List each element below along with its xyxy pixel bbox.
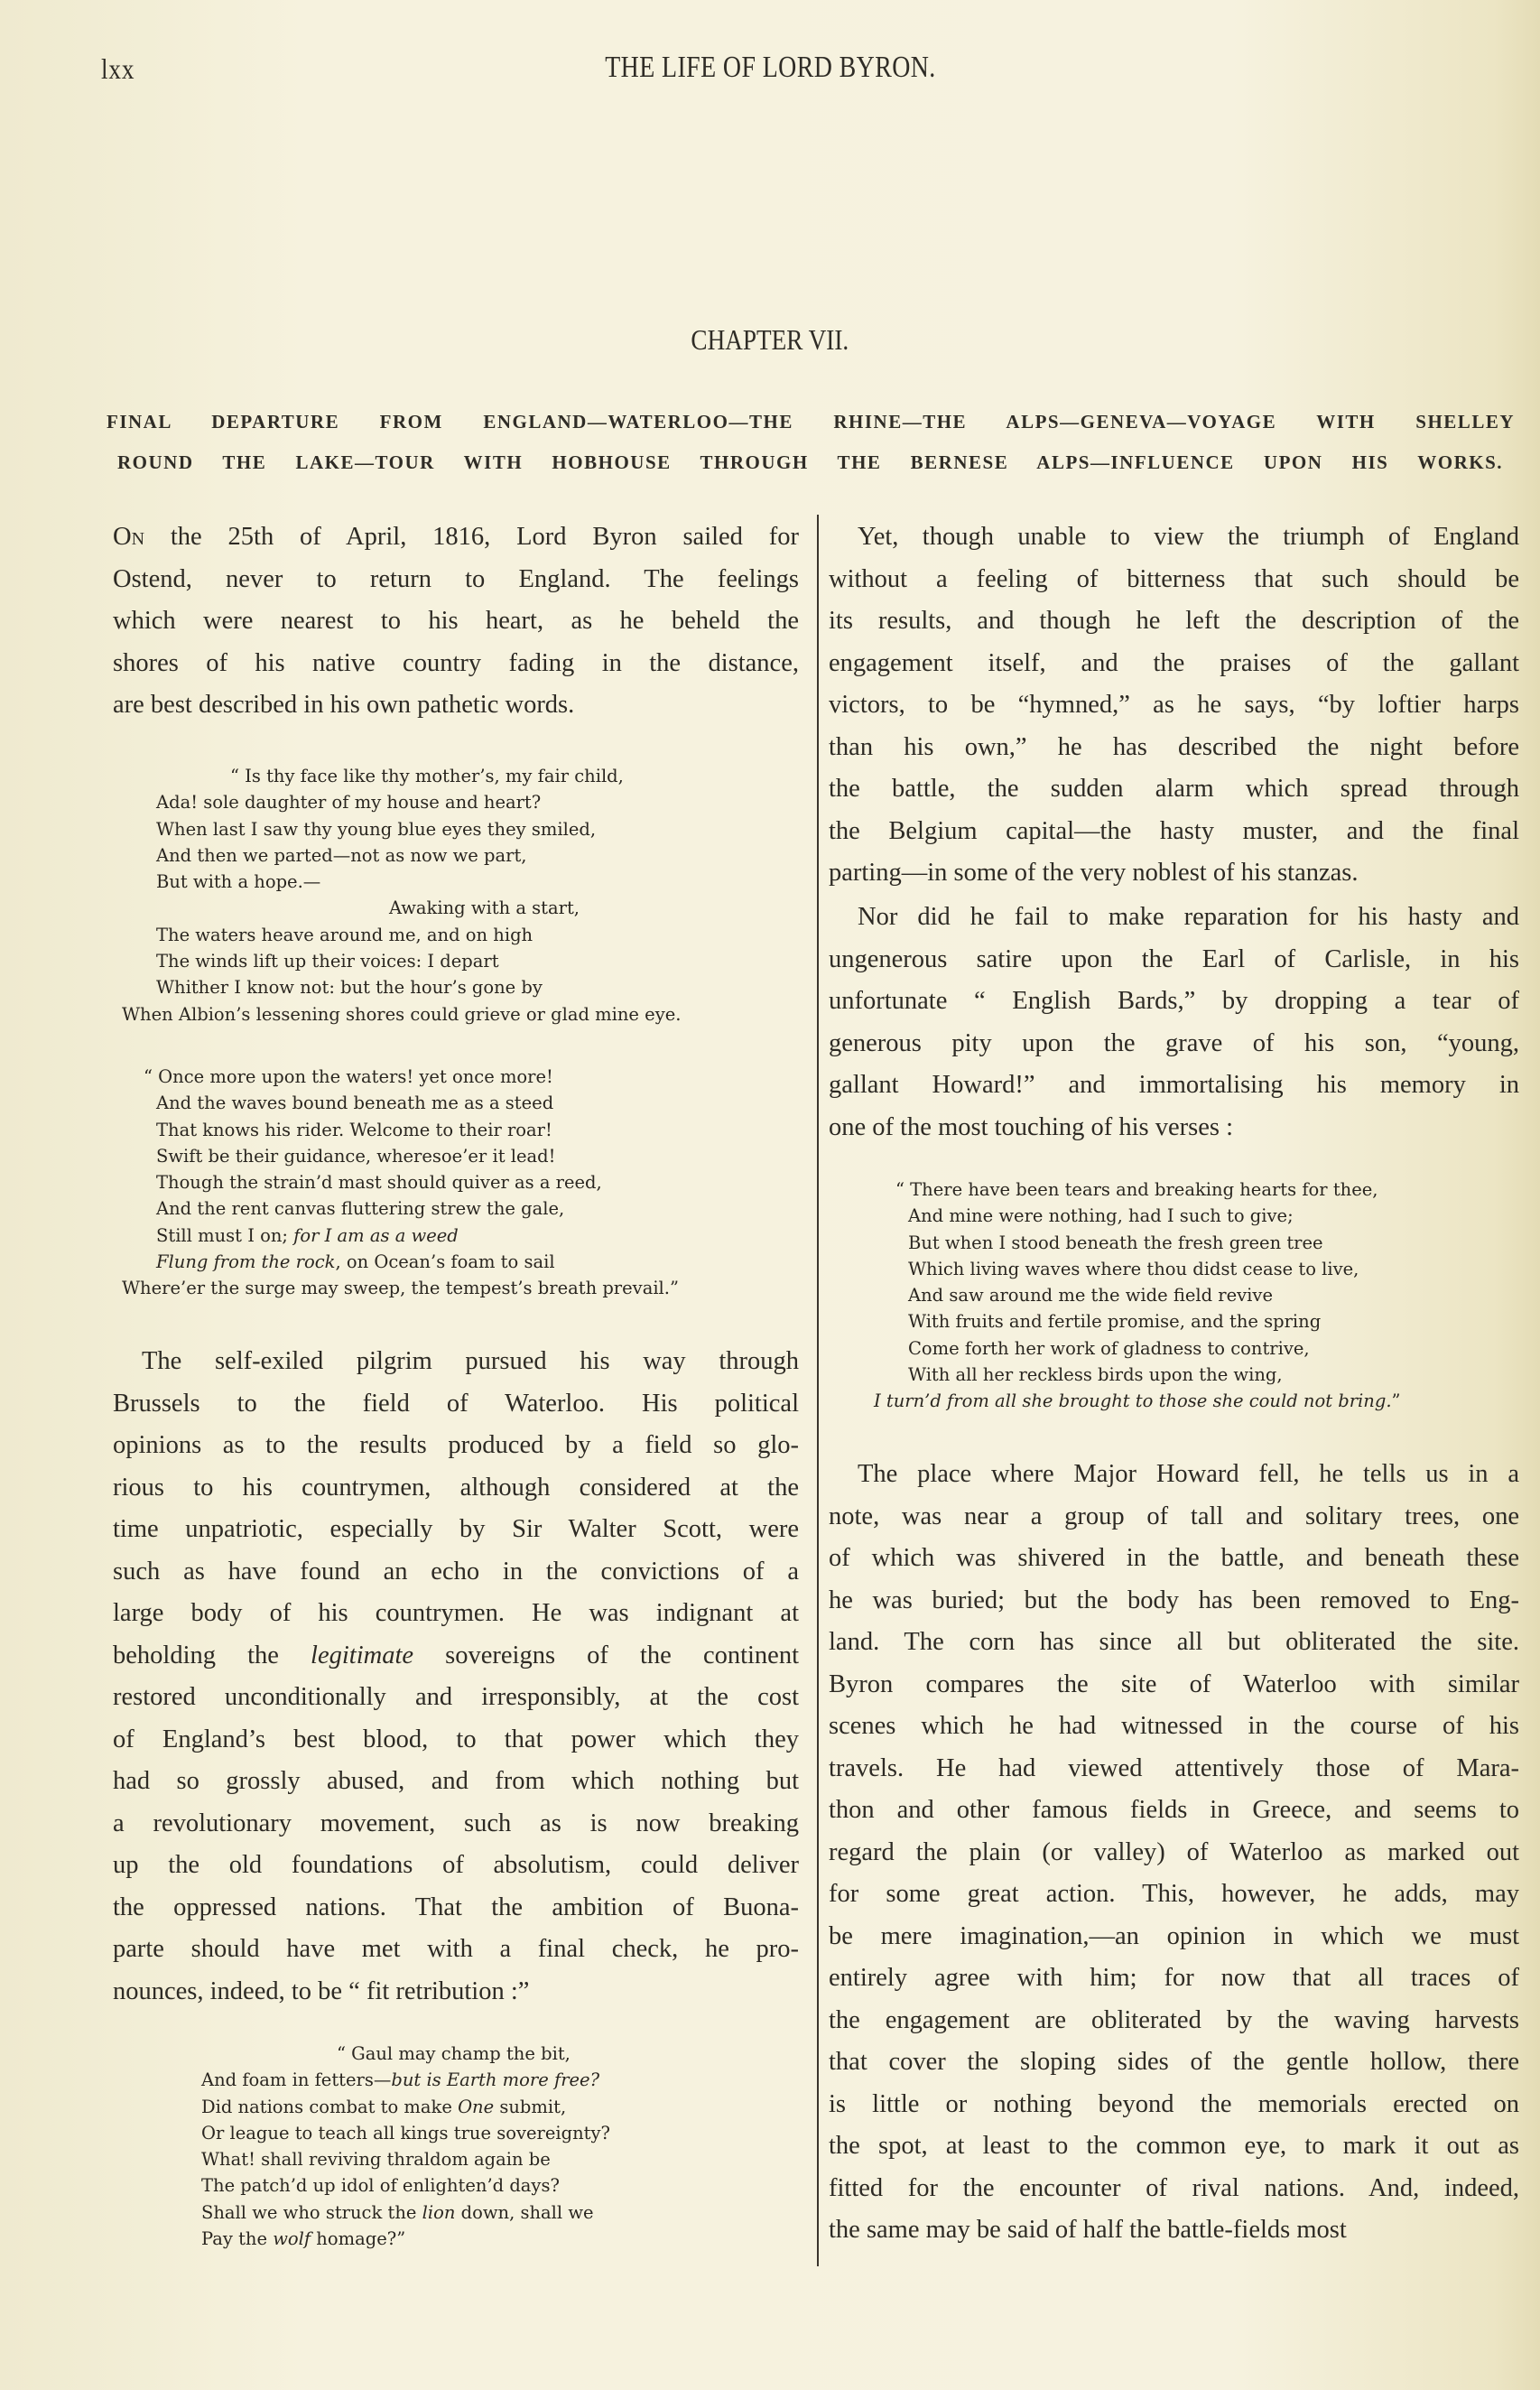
prose-line: generous pity upon the grave of his son,… <box>829 1023 1519 1065</box>
prose-text: had so grossly abused, and from which no… <box>113 1767 799 1795</box>
prose-line: The self-exiled pilgrim pursued his way … <box>113 1341 799 1383</box>
running-title-text: THE LIFE OF LORD BYRON. <box>605 51 935 85</box>
prose-line: its results, and though he left the desc… <box>829 600 1519 643</box>
prose-text: parte should have met with a final check… <box>113 1935 799 1963</box>
verse-text: Where’er the surge may sweep, the tempes… <box>122 1278 679 1298</box>
prose-line: Brussels to the field of Waterloo. His p… <box>113 1383 799 1426</box>
verse-text: Still must I on; <box>156 1225 293 1246</box>
left-column: On the 25th of April, 1816, Lord Byron s… <box>113 516 799 727</box>
verse-text: Shall we who struck the <box>201 2202 422 2223</box>
verse-text: With fruits and fertile promise, and the… <box>908 1311 1321 1332</box>
prose-text: its results, and though he left the desc… <box>829 607 1519 635</box>
prose-line: one of the most touching of his verses : <box>829 1107 1519 1149</box>
prose-line: Nor did he fail to make reparation for h… <box>829 897 1519 939</box>
verse-text: “ Once more upon the waters! yet once mo… <box>144 1066 553 1087</box>
prose-line: of which was shivered in the battle, and… <box>829 1538 1519 1580</box>
prose-line: ungenerous satire upon the Earl of Carli… <box>829 939 1519 981</box>
verse-text: And saw around me the wide field revive <box>908 1285 1273 1306</box>
verse-text: “ Gaul may champ the bit, <box>337 2043 571 2064</box>
prose-line: the same may be said of half the battle-… <box>829 2209 1519 2252</box>
prose-line: such as have found an echo in the convic… <box>113 1551 799 1594</box>
prose-text: land. The corn has since all but obliter… <box>829 1628 1519 1656</box>
prose-line: Ostend, never to return to England. The … <box>113 559 799 601</box>
verse-text: And then we parted—not as now we part, <box>156 845 526 866</box>
prose-line: opinions as to the results produced by a… <box>113 1425 799 1467</box>
prose-text: generous pity upon the grave of his son,… <box>829 1029 1519 1057</box>
prose-text: gallant Howard!” and immortalising his m… <box>829 1071 1519 1099</box>
prose-line: travels. He had viewed attentively those… <box>829 1748 1519 1790</box>
verse-text: But with a hope.— <box>156 871 320 892</box>
prose-line: than his own,” he has described the nigh… <box>829 727 1519 769</box>
prose-text: parting—in some of the very noblest of h… <box>829 859 1359 887</box>
prose-text: than his own,” he has described the nigh… <box>829 733 1519 761</box>
prose-text: engagement itself, and the praises of th… <box>829 649 1519 677</box>
verse-line: And the waves bound beneath me as a stee… <box>113 1090 799 1116</box>
verse-line: The patch’d up idol of enlighten’d days? <box>113 2172 799 2199</box>
prose-line: entirely agree with him; for now that al… <box>829 1958 1519 2000</box>
prose-line: which were nearest to his heart, as he b… <box>113 600 799 643</box>
prose-line: land. The corn has since all but obliter… <box>829 1622 1519 1664</box>
prose-line: rious to his countrymen, although consid… <box>113 1467 799 1510</box>
prose-line: gallant Howard!” and immortalising his m… <box>829 1065 1519 1107</box>
verse-line: And then we parted—not as now we part, <box>113 842 799 869</box>
prose-text: time unpatriotic, especially by Sir Walt… <box>113 1515 799 1543</box>
prose-text: one of the most touching of his verses : <box>829 1113 1233 1141</box>
verse-line: Flung from the rock, on Ocean’s foam to … <box>113 1249 799 1275</box>
prose-line: beholding the legitimate sovereigns of t… <box>113 1635 799 1678</box>
verse-line: And mine were nothing, had I such to giv… <box>829 1203 1519 1229</box>
verse-gaul: “ Gaul may champ the bit,And foam in fet… <box>113 2041 799 2252</box>
prose-line: parting—in some of the very noblest of h… <box>829 852 1519 895</box>
prose-line: nounces, indeed, to be “ fit retribution… <box>113 1971 799 2013</box>
prose-line: shores of his native country fading in t… <box>113 643 799 685</box>
verse-line: “ There have been tears and breaking hea… <box>829 1176 1519 1203</box>
verse-line: Shall we who struck the lion down, shall… <box>113 2199 799 2226</box>
prose-text: is little or nothing beyond the memorial… <box>829 2090 1519 2118</box>
verse-text: homage?” <box>311 2228 405 2249</box>
prose-text: nounces, indeed, to be “ fit retribution… <box>113 1977 529 2005</box>
verse-howard: “ There have been tears and breaking hea… <box>829 1176 1519 1415</box>
prose-text: The place where Major Howard fell, he te… <box>858 1460 1519 1488</box>
verse-text: And mine were nothing, had I such to giv… <box>908 1205 1294 1226</box>
chapter-argument-line-2: ROUND THE LAKE—TOUR WITH HOBHOUSE THROUG… <box>117 451 1503 474</box>
prose-line: had so grossly abused, and from which no… <box>113 1761 799 1803</box>
verse-once-more: “ Once more upon the waters! yet once mo… <box>113 1064 799 1302</box>
prose-line: note, was near a group of tall and solit… <box>829 1496 1519 1539</box>
verse-line: Whither I know not: but the hour’s gone … <box>113 974 799 1000</box>
verse-line: “ Once more upon the waters! yet once mo… <box>113 1064 799 1090</box>
verse-line: But when I stood beneath the fresh green… <box>829 1230 1519 1256</box>
verse-text: , on Ocean’s foam to sail <box>335 1251 554 1272</box>
prose-line: the Belgium capital—the hasty muster, an… <box>829 811 1519 853</box>
verse-text: “ There have been tears and breaking hea… <box>895 1179 1378 1200</box>
verse-text: And the waves bound beneath me as a stee… <box>156 1093 553 1113</box>
verse-text: With all her reckless birds upon the win… <box>908 1364 1283 1385</box>
verse-text: Come forth her work of gladness to contr… <box>908 1338 1310 1359</box>
verse-line: I turn’d from all she brought to those s… <box>829 1388 1519 1414</box>
prose-line: regard the plain (or valley) of Waterloo… <box>829 1832 1519 1874</box>
italic-text: lion <box>422 2202 456 2223</box>
verse-ada: “ Is thy face like thy mother’s, my fair… <box>113 763 799 1028</box>
prose-line: scenes which he had witnessed in the cou… <box>829 1706 1519 1748</box>
prose-text: for some great action. This, however, he… <box>829 1880 1519 1908</box>
prose-text: restored unconditionally and irresponsib… <box>113 1683 799 1711</box>
verse-line: And the rent canvas fluttering strew the… <box>113 1195 799 1222</box>
prose-text: the oppressed nations. That the ambition… <box>113 1893 799 1921</box>
prose-text: entirely agree with him; for now that al… <box>829 1964 1519 1992</box>
paragraph-howard-grave: The place where Major Howard fell, he te… <box>829 1454 1519 2252</box>
prose-text: fitted for the encounter of rival nation… <box>829 2174 1519 2202</box>
verse-line: That knows his rider. Welcome to their r… <box>113 1117 799 1143</box>
prose-line: up the old foundations of absolutism, co… <box>113 1845 799 1887</box>
verse-text: That knows his rider. Welcome to their r… <box>156 1120 552 1140</box>
prose-text: Brussels to the field of Waterloo. His p… <box>113 1390 799 1418</box>
verse-text: Awaking with a start, <box>389 897 580 918</box>
prose-text: that cover the sloping sides of the gent… <box>829 2048 1519 2076</box>
prose-text: the Belgium capital—the hasty muster, an… <box>829 817 1519 845</box>
prose-line: are best described in his own pathetic w… <box>113 684 799 727</box>
prose-text: be mere imagination,—an opinion in which… <box>829 1922 1519 1950</box>
paragraph-reparation: Nor did he fail to make reparation for h… <box>829 897 1519 1149</box>
verse-text: What! shall reviving thraldom again be <box>201 2149 551 2170</box>
italic-text: but is Earth more free? <box>391 2069 599 2090</box>
prose-text: Byron compares the site of Waterloo with… <box>829 1670 1519 1698</box>
verse-line: Did nations combat to make One submit, <box>113 2094 799 2120</box>
prose-text: Yet, though unable to view the triumph o… <box>858 523 1519 551</box>
prose-line: of England’s best blood, to that power w… <box>113 1719 799 1762</box>
prose-text: a revolutionary movement, such as is now… <box>113 1809 799 1837</box>
prose-line: that cover the sloping sides of the gent… <box>829 2041 1519 2084</box>
verse-text: When last I saw thy young blue eyes they… <box>156 819 596 840</box>
prose-line: engagement itself, and the praises of th… <box>829 643 1519 685</box>
prose-line: the spot, at least to the common eye, to… <box>829 2125 1519 2168</box>
verse-line: Awaking with a start, <box>113 895 799 921</box>
prose-text: sovereigns of the continent <box>413 1641 799 1669</box>
column-divider <box>817 515 819 2266</box>
prose-text: such as have found an echo in the convic… <box>113 1558 799 1586</box>
italic-text: Flung from the rock <box>156 1251 335 1272</box>
verse-text: And foam in fetters— <box>201 2069 391 2090</box>
verse-line: With all her reckless birds upon the win… <box>829 1362 1519 1388</box>
verse-line: Where’er the surge may sweep, the tempes… <box>113 1275 799 1301</box>
verse-line: Pay the wolf homage?” <box>113 2226 799 2252</box>
prose-line: fitted for the encounter of rival nation… <box>829 2168 1519 2210</box>
prose-text: he was buried; but the body has been rem… <box>829 1586 1519 1614</box>
verse-text: Or league to teach all kings true sovere… <box>201 2123 610 2144</box>
prose-line: Byron compares the site of Waterloo with… <box>829 1664 1519 1706</box>
verse-text: Did nations combat to make <box>201 2097 458 2117</box>
prose-line: thon and other famous fields in Greece, … <box>829 1790 1519 1832</box>
verse-text: down, shall we <box>455 2202 593 2223</box>
verse-text: ” <box>1392 1390 1401 1411</box>
prose-line: victors, to be “hymned,” as he says, “by… <box>829 684 1519 727</box>
prose-text: note, was near a group of tall and solit… <box>829 1502 1519 1530</box>
verse-text: Pay the <box>201 2228 273 2249</box>
prose-text: of England’s best blood, to that power w… <box>113 1725 799 1753</box>
verse-line: Though the strain’d mast should quiver a… <box>113 1169 799 1195</box>
prose-line: a revolutionary movement, such as is now… <box>113 1803 799 1846</box>
prose-line: parte should have met with a final check… <box>113 1929 799 1971</box>
verse-text: Ada! sole daughter of my house and heart… <box>156 792 541 813</box>
italic-text: legitimate <box>311 1641 413 1669</box>
verse-line: The winds lift up their voices: I depart <box>113 948 799 974</box>
verse-line: And saw around me the wide field revive <box>829 1282 1519 1308</box>
verse-text: Which living waves where thou didst ceas… <box>908 1259 1359 1279</box>
prose-text: rious to his countrymen, although consid… <box>113 1474 799 1502</box>
prose-line: for some great action. This, however, he… <box>829 1874 1519 1916</box>
paragraph-departure: On the 25th of April, 1816, Lord Byron s… <box>113 516 799 727</box>
italic-text: One <box>458 2097 494 2117</box>
running-title: THE LIFE OF LORD BYRON. <box>0 51 1540 85</box>
prose-line: On the 25th of April, 1816, Lord Byron s… <box>113 516 799 559</box>
verse-line: When Albion’s lessening shores could gri… <box>113 1001 799 1028</box>
verse-text: Whither I know not: but the hour’s gone … <box>156 977 543 998</box>
prose-text: large body of his countrymen. He was ind… <box>113 1599 799 1627</box>
verse-line: With fruits and fertile promise, and the… <box>829 1308 1519 1334</box>
verse-text: The winds lift up their voices: I depart <box>156 951 499 972</box>
prose-line: the battle, the sudden alarm which sprea… <box>829 768 1519 811</box>
verse-line: What! shall reviving thraldom again be <box>113 2146 799 2172</box>
prose-text: regard the plain (or valley) of Waterloo… <box>829 1838 1519 1866</box>
italic-text: wolf <box>273 2228 311 2249</box>
verse-text: When Albion’s lessening shores could gri… <box>122 1004 681 1025</box>
verse-text: Though the strain’d mast should quiver a… <box>156 1172 602 1193</box>
prose-line: be mere imagination,—an opinion in which… <box>829 1916 1519 1958</box>
verse-line: “ Is thy face like thy mother’s, my fair… <box>113 763 799 789</box>
prose-line: unfortunate “ English Bards,” by droppin… <box>829 981 1519 1023</box>
prose-text: the spot, at least to the common eye, to… <box>829 2132 1519 2160</box>
verse-line: When last I saw thy young blue eyes they… <box>113 816 799 842</box>
italic-text: I turn’d from all she brought to those s… <box>874 1390 1392 1411</box>
prose-text: The self-exiled pilgrim pursued his way … <box>142 1347 799 1375</box>
verse-text: And the rent canvas fluttering strew the… <box>156 1198 564 1219</box>
prose-text: scenes which he had witnessed in the cou… <box>829 1712 1519 1740</box>
prose-text: the same may be said of half the battle-… <box>829 2216 1347 2244</box>
verse-line: “ Gaul may champ the bit, <box>113 2041 799 2067</box>
prose-line: Yet, though unable to view the triumph o… <box>829 516 1519 559</box>
verse-line: But with a hope.— <box>113 869 799 895</box>
verse-line: Or league to teach all kings true sovere… <box>113 2120 799 2146</box>
paragraph-triumph: Yet, though unable to view the triumph o… <box>829 516 1519 895</box>
prose-line: The place where Major Howard fell, he te… <box>829 1454 1519 1496</box>
prose-text: victors, to be “hymned,” as he says, “by… <box>829 691 1519 719</box>
verse-text: submit, <box>494 2097 566 2117</box>
verse-line: The waters heave around me, and on high <box>113 922 799 948</box>
prose-text: ungenerous satire upon the Earl of Carli… <box>829 945 1519 973</box>
dropcap: On <box>113 523 144 551</box>
prose-text: up the old foundations of absolutism, co… <box>113 1851 799 1879</box>
prose-text: opinions as to the results produced by a… <box>113 1431 799 1459</box>
prose-text: the engagement are obliterated by the wa… <box>829 2006 1519 2034</box>
prose-text: thon and other famous fields in Greece, … <box>829 1796 1519 1824</box>
verse-line: Ada! sole daughter of my house and heart… <box>113 789 799 815</box>
prose-text: Nor did he fail to make reparation for h… <box>858 903 1519 931</box>
prose-text: of which was shivered in the battle, and… <box>829 1544 1519 1572</box>
prose-line: he was buried; but the body has been rem… <box>829 1580 1519 1623</box>
paragraph-waterloo: The self-exiled pilgrim pursued his way … <box>113 1341 799 2013</box>
prose-text: unfortunate “ English Bards,” by droppin… <box>829 987 1519 1015</box>
chapter-title: CHAPTER VII. <box>0 323 1540 357</box>
prose-text: travels. He had viewed attentively those… <box>829 1754 1519 1782</box>
prose-line: without a feeling of bitterness that suc… <box>829 559 1519 601</box>
verse-line: Swift be their guidance, wheresoe’er it … <box>113 1143 799 1169</box>
verse-line: Still must I on; for I am as a weed <box>113 1223 799 1249</box>
verse-line: Which living waves where thou didst ceas… <box>829 1256 1519 1282</box>
verse-text: But when I stood beneath the fresh green… <box>908 1232 1323 1253</box>
verse-line: Come forth her work of gladness to contr… <box>829 1335 1519 1362</box>
prose-text: the battle, the sudden alarm which sprea… <box>829 775 1519 803</box>
chapter-argument-line-1: FINAL DEPARTURE FROM ENGLAND—WATERLOO—TH… <box>107 411 1515 433</box>
prose-line: the engagement are obliterated by the wa… <box>829 2000 1519 2042</box>
verse-text: The patch’d up idol of enlighten’d days? <box>201 2175 560 2196</box>
prose-line: restored unconditionally and irresponsib… <box>113 1677 799 1719</box>
italic-text: for I am as a weed <box>293 1225 459 1246</box>
prose-text: the 25th of April, 1816, Lord Byron sail… <box>144 523 799 551</box>
verse-text: Swift be their guidance, wheresoe’er it … <box>156 1146 555 1167</box>
prose-line: the oppressed nations. That the ambition… <box>113 1887 799 1930</box>
prose-line: is little or nothing beyond the memorial… <box>829 2084 1519 2126</box>
prose-text: without a feeling of bitterness that suc… <box>829 565 1519 593</box>
prose-line: time unpatriotic, especially by Sir Walt… <box>113 1509 799 1551</box>
verse-text: The waters heave around me, and on high <box>156 925 533 945</box>
chapter-title-text: CHAPTER VII. <box>691 323 849 357</box>
prose-text: beholding the <box>113 1641 311 1669</box>
prose-line: large body of his countrymen. He was ind… <box>113 1593 799 1635</box>
verse-line: And foam in fetters—but is Earth more fr… <box>113 2067 799 2093</box>
verse-text: “ Is thy face like thy mother’s, my fair… <box>230 766 624 786</box>
